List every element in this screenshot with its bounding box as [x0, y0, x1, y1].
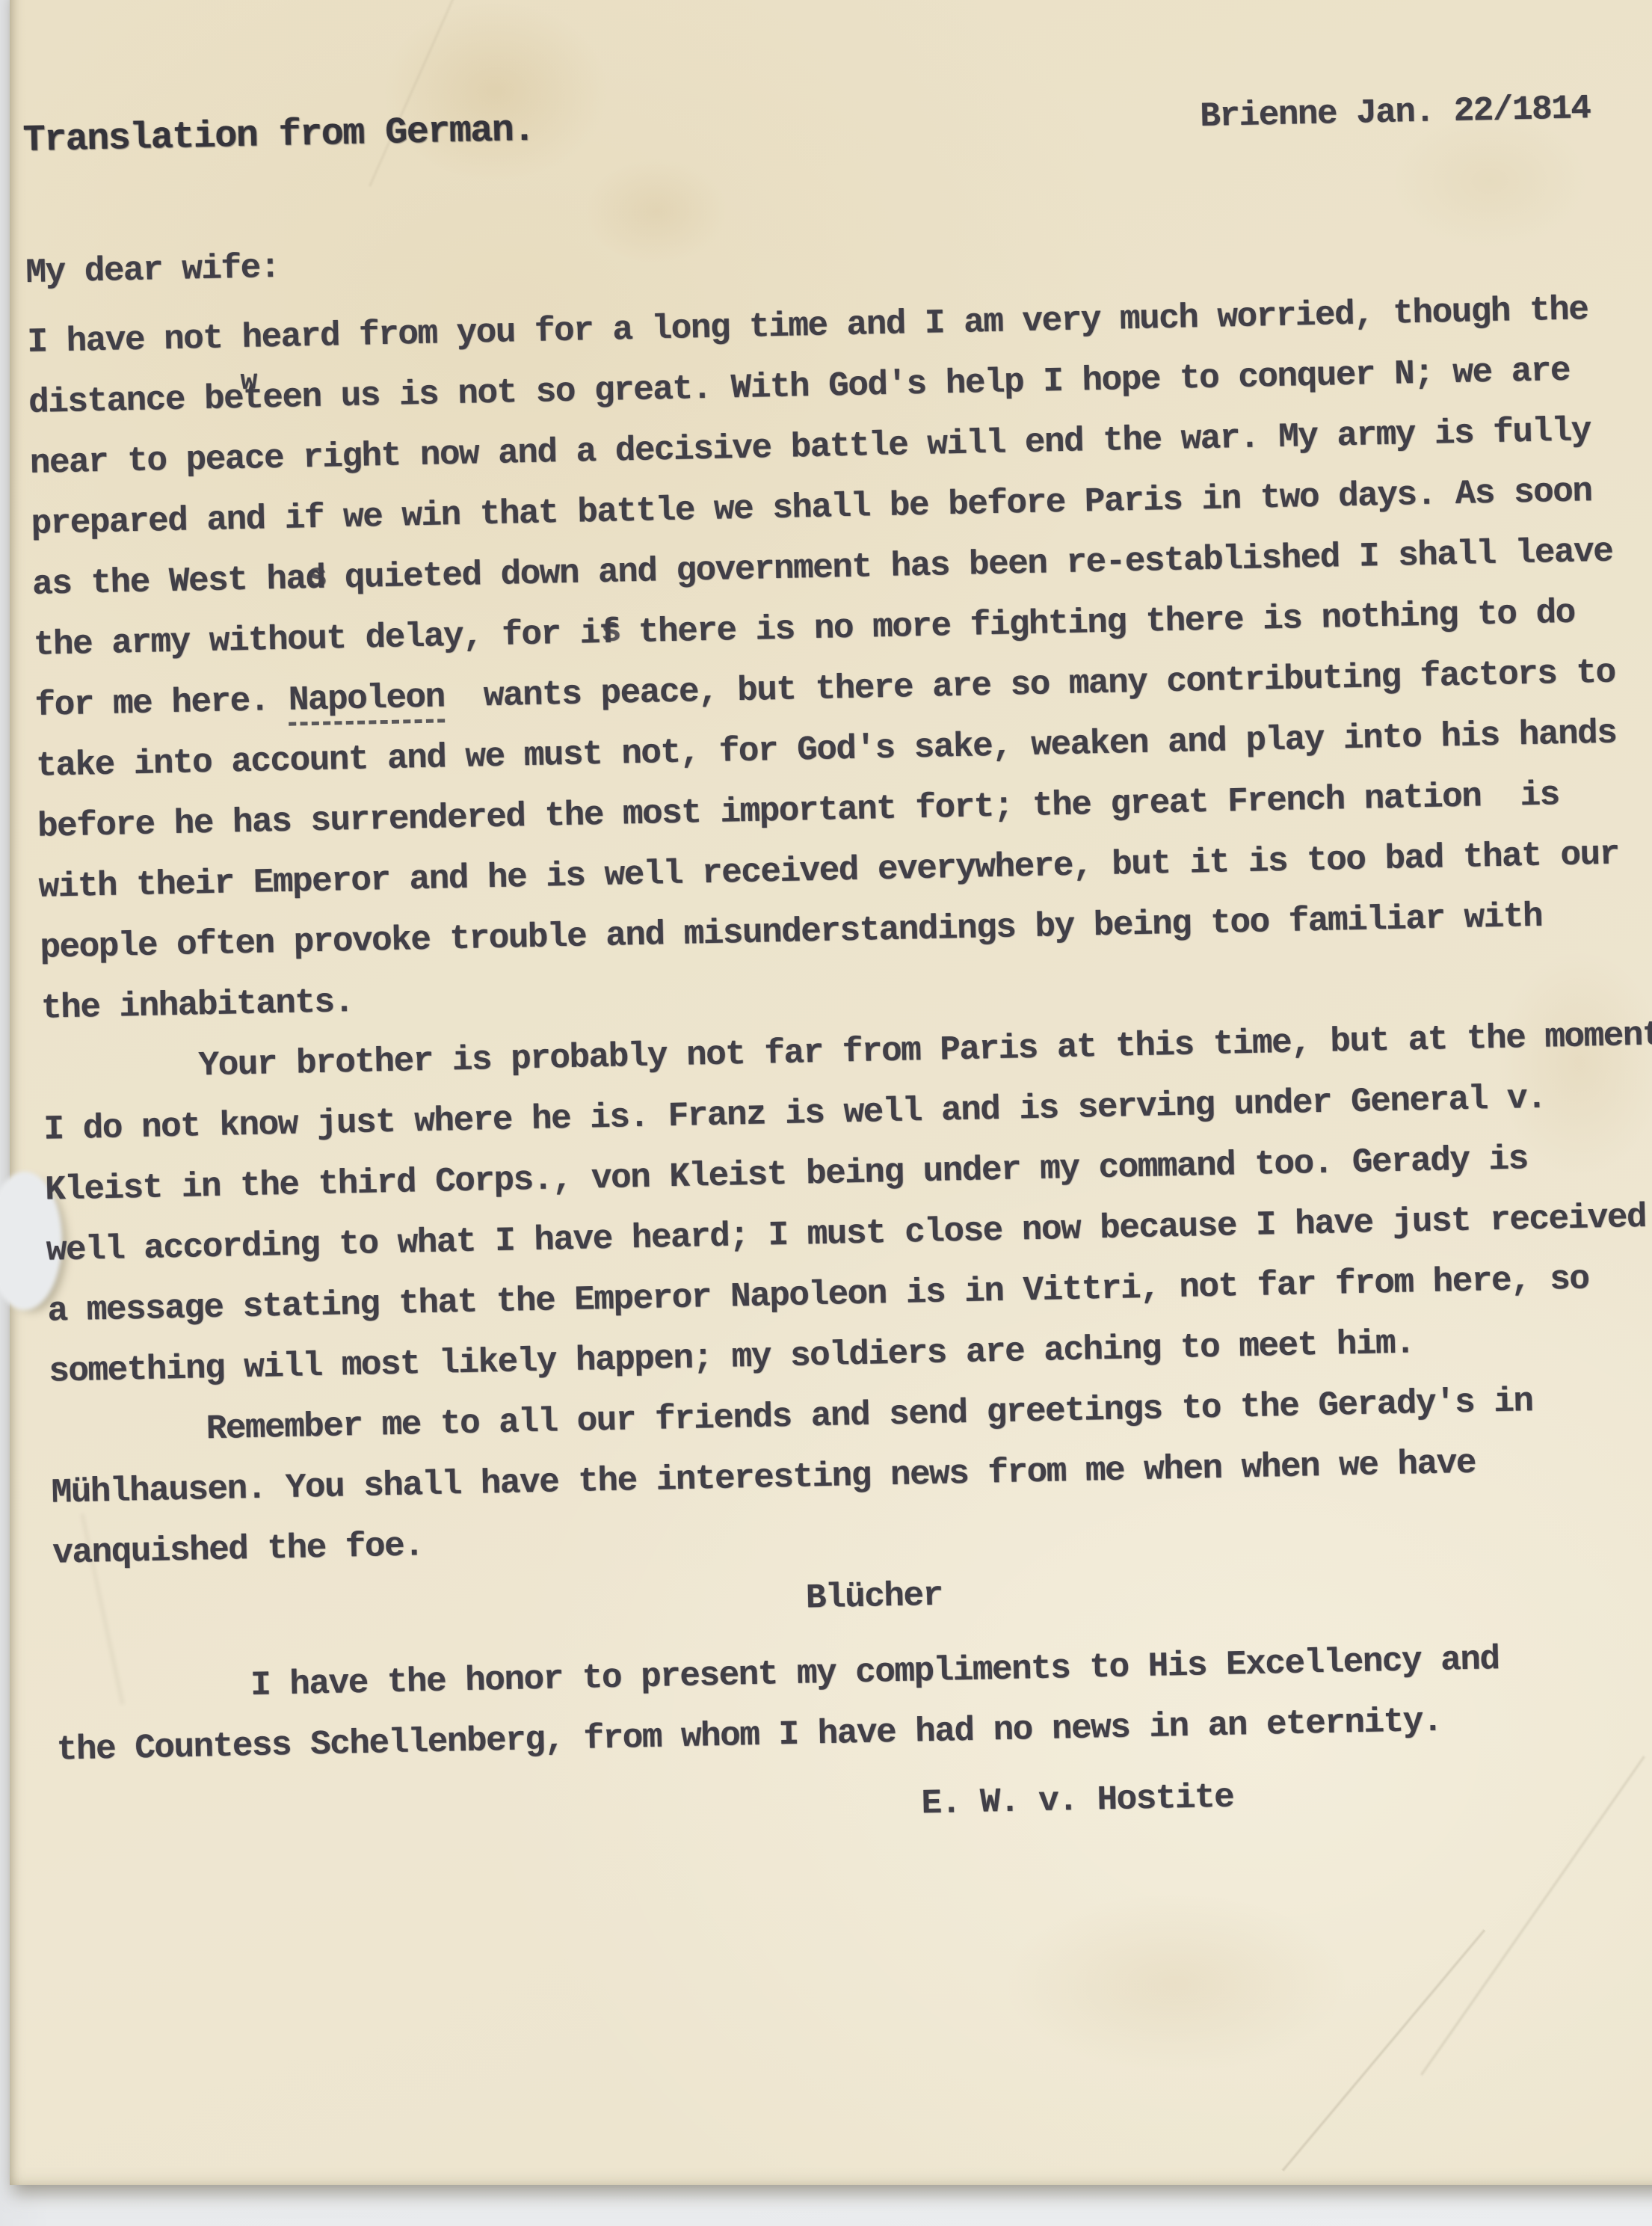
letter-text-segment: Napoleon	[288, 677, 445, 725]
scanner-background: { "colors": { "scan_background": "#e9ebe…	[0, 0, 1652, 2226]
paper-crease	[1281, 1928, 1487, 2172]
dateline: Brienne Jan. 22/1814	[1200, 79, 1591, 147]
letter-text-segment: the army without delay, for i	[33, 614, 600, 665]
typewritten-letter: Translation from German. Brienne Jan. 22…	[22, 77, 1647, 1852]
translation-note: Translation from German.	[22, 100, 535, 171]
letter-text-segment: d	[305, 549, 326, 610]
letter-text-segment: distance be	[28, 379, 244, 422]
letter-text-segment: there is no more fighting there is nothi…	[618, 594, 1575, 653]
letter-text-segment: f	[599, 603, 620, 664]
letter-postscript: I have the honor to present my complimen…	[55, 1626, 1645, 1780]
letter-text-segment: for me here.	[34, 681, 289, 725]
letter-text-segment: t	[242, 368, 263, 429]
paper-stain	[1004, 1893, 1348, 2073]
letter-text-segment: as the West ha	[32, 559, 306, 604]
letter-body: I have not heard from you for a long tim…	[27, 279, 1642, 1584]
